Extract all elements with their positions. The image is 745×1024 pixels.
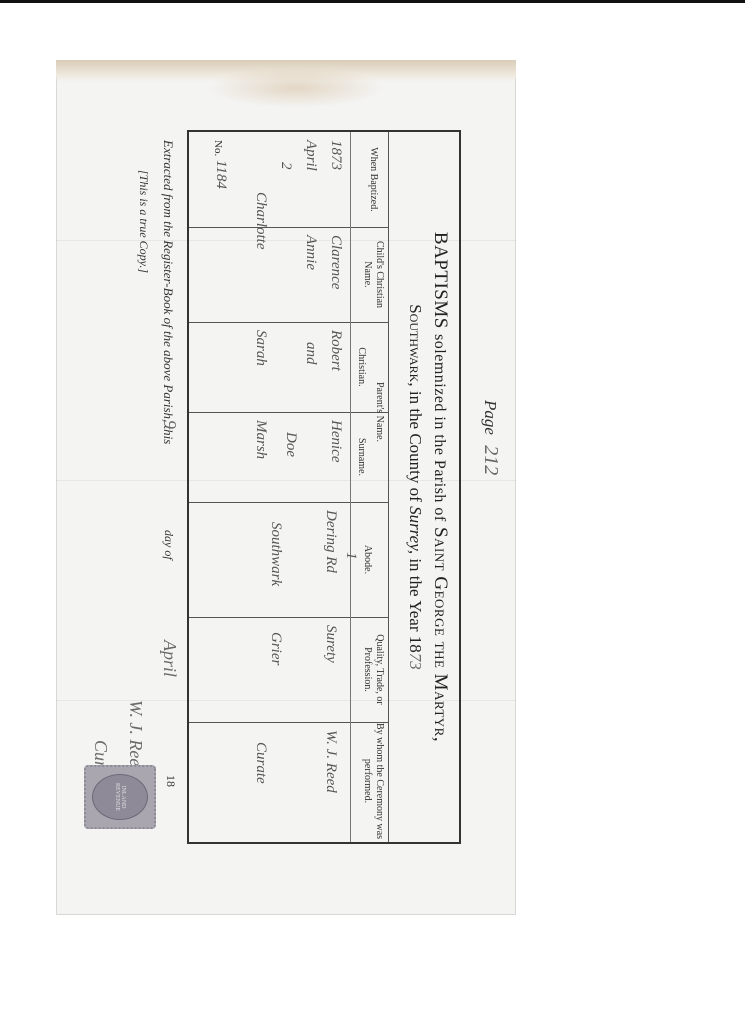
entry-number: 1184 [212,160,229,189]
col-parents-name: Parent's Name. [373,322,385,502]
place-name: Southwark, [406,304,425,386]
entry-child-name: Annie [302,235,319,270]
rotated-content: Page 212 BAPTISMS solemnized in the Pari… [56,60,516,915]
revenue-stamp: INLAND REVENUE [84,765,156,829]
entry-day: 2 [277,162,294,170]
entry-abode: Dering Rd [322,510,339,573]
queen-portrait-icon: INLAND REVENUE [92,774,148,820]
extract-day: 9 [159,420,180,429]
header-divider [388,132,389,842]
register-table: BAPTISMS solemnized in the Parish of Sai… [187,130,461,844]
true-copy-note: [This is a true Copy.] [136,170,151,273]
title-word: BAPTISMS [430,232,451,329]
title-rest: solemnized in the Parish of [431,334,448,522]
col-child-name: Child's Christian Name. [361,227,385,322]
col-profession: Quality, Trade, or Profession. [361,617,385,722]
col-abode: Abode. [361,502,373,617]
year-prefix: in the Year 18 [406,558,425,652]
entry-month: April [302,140,319,171]
entry-parent-surname: Doe [282,432,299,457]
extract-statement: Extracted from the Register-Book of the … [160,140,176,444]
subtitle-mid: in the County of [406,391,425,502]
entry-parent-surname: Henice [327,420,344,462]
stamp-text: INLAND REVENUE [114,775,126,819]
col-officiant: By whom the Ceremony was performed. [361,722,385,840]
col-surname: Surname. [355,412,367,502]
entry-child-name: Charlotte [252,192,269,250]
page-number-value: 212 [480,445,502,475]
column-divider [189,502,389,503]
col-when-baptized: When Baptized. [367,132,379,227]
entry-year: 1873 [327,140,344,170]
entry-parent-christian: and [302,342,319,365]
register-title: BAPTISMS solemnized in the Parish of Sai… [429,132,451,842]
entry-officiant: W. J. Reed [322,730,339,793]
register-subtitle: Southwark, in the County of Surrey, in t… [405,132,425,842]
entry-officiant: Curate [252,742,269,784]
page-label: Page [481,400,500,435]
page-number: Page 212 [479,400,502,475]
column-divider [189,617,389,618]
scan-edge-line [0,0,745,3]
entry-profession: Grier [267,632,284,665]
entry-number-label: No. [212,140,224,156]
extract-year-prefix: 18 [163,775,178,787]
entry-abode: 1 [342,552,359,560]
county-name: Surrey, [406,506,425,554]
entry-parent-christian: Robert [327,330,344,371]
col-christian: Christian. [355,322,367,412]
entry-parent-christian: Sarah [252,330,269,366]
header-row-divider [350,132,351,842]
extract-month: April [159,640,180,677]
column-divider [189,722,389,723]
baptism-certificate: Page 212 BAPTISMS solemnized in the Pari… [56,60,516,915]
year-suffix: 73 [406,653,425,670]
entry-child-name: Clarence [327,235,344,289]
parish-name: Saint George the Martyr, [430,527,451,742]
entry-parent-surname: Marsh [252,420,269,459]
entry-abode: Southwark [267,522,284,586]
entry-profession: Surety [322,625,339,663]
column-divider [189,227,389,228]
day-of-label: day of [161,530,176,560]
